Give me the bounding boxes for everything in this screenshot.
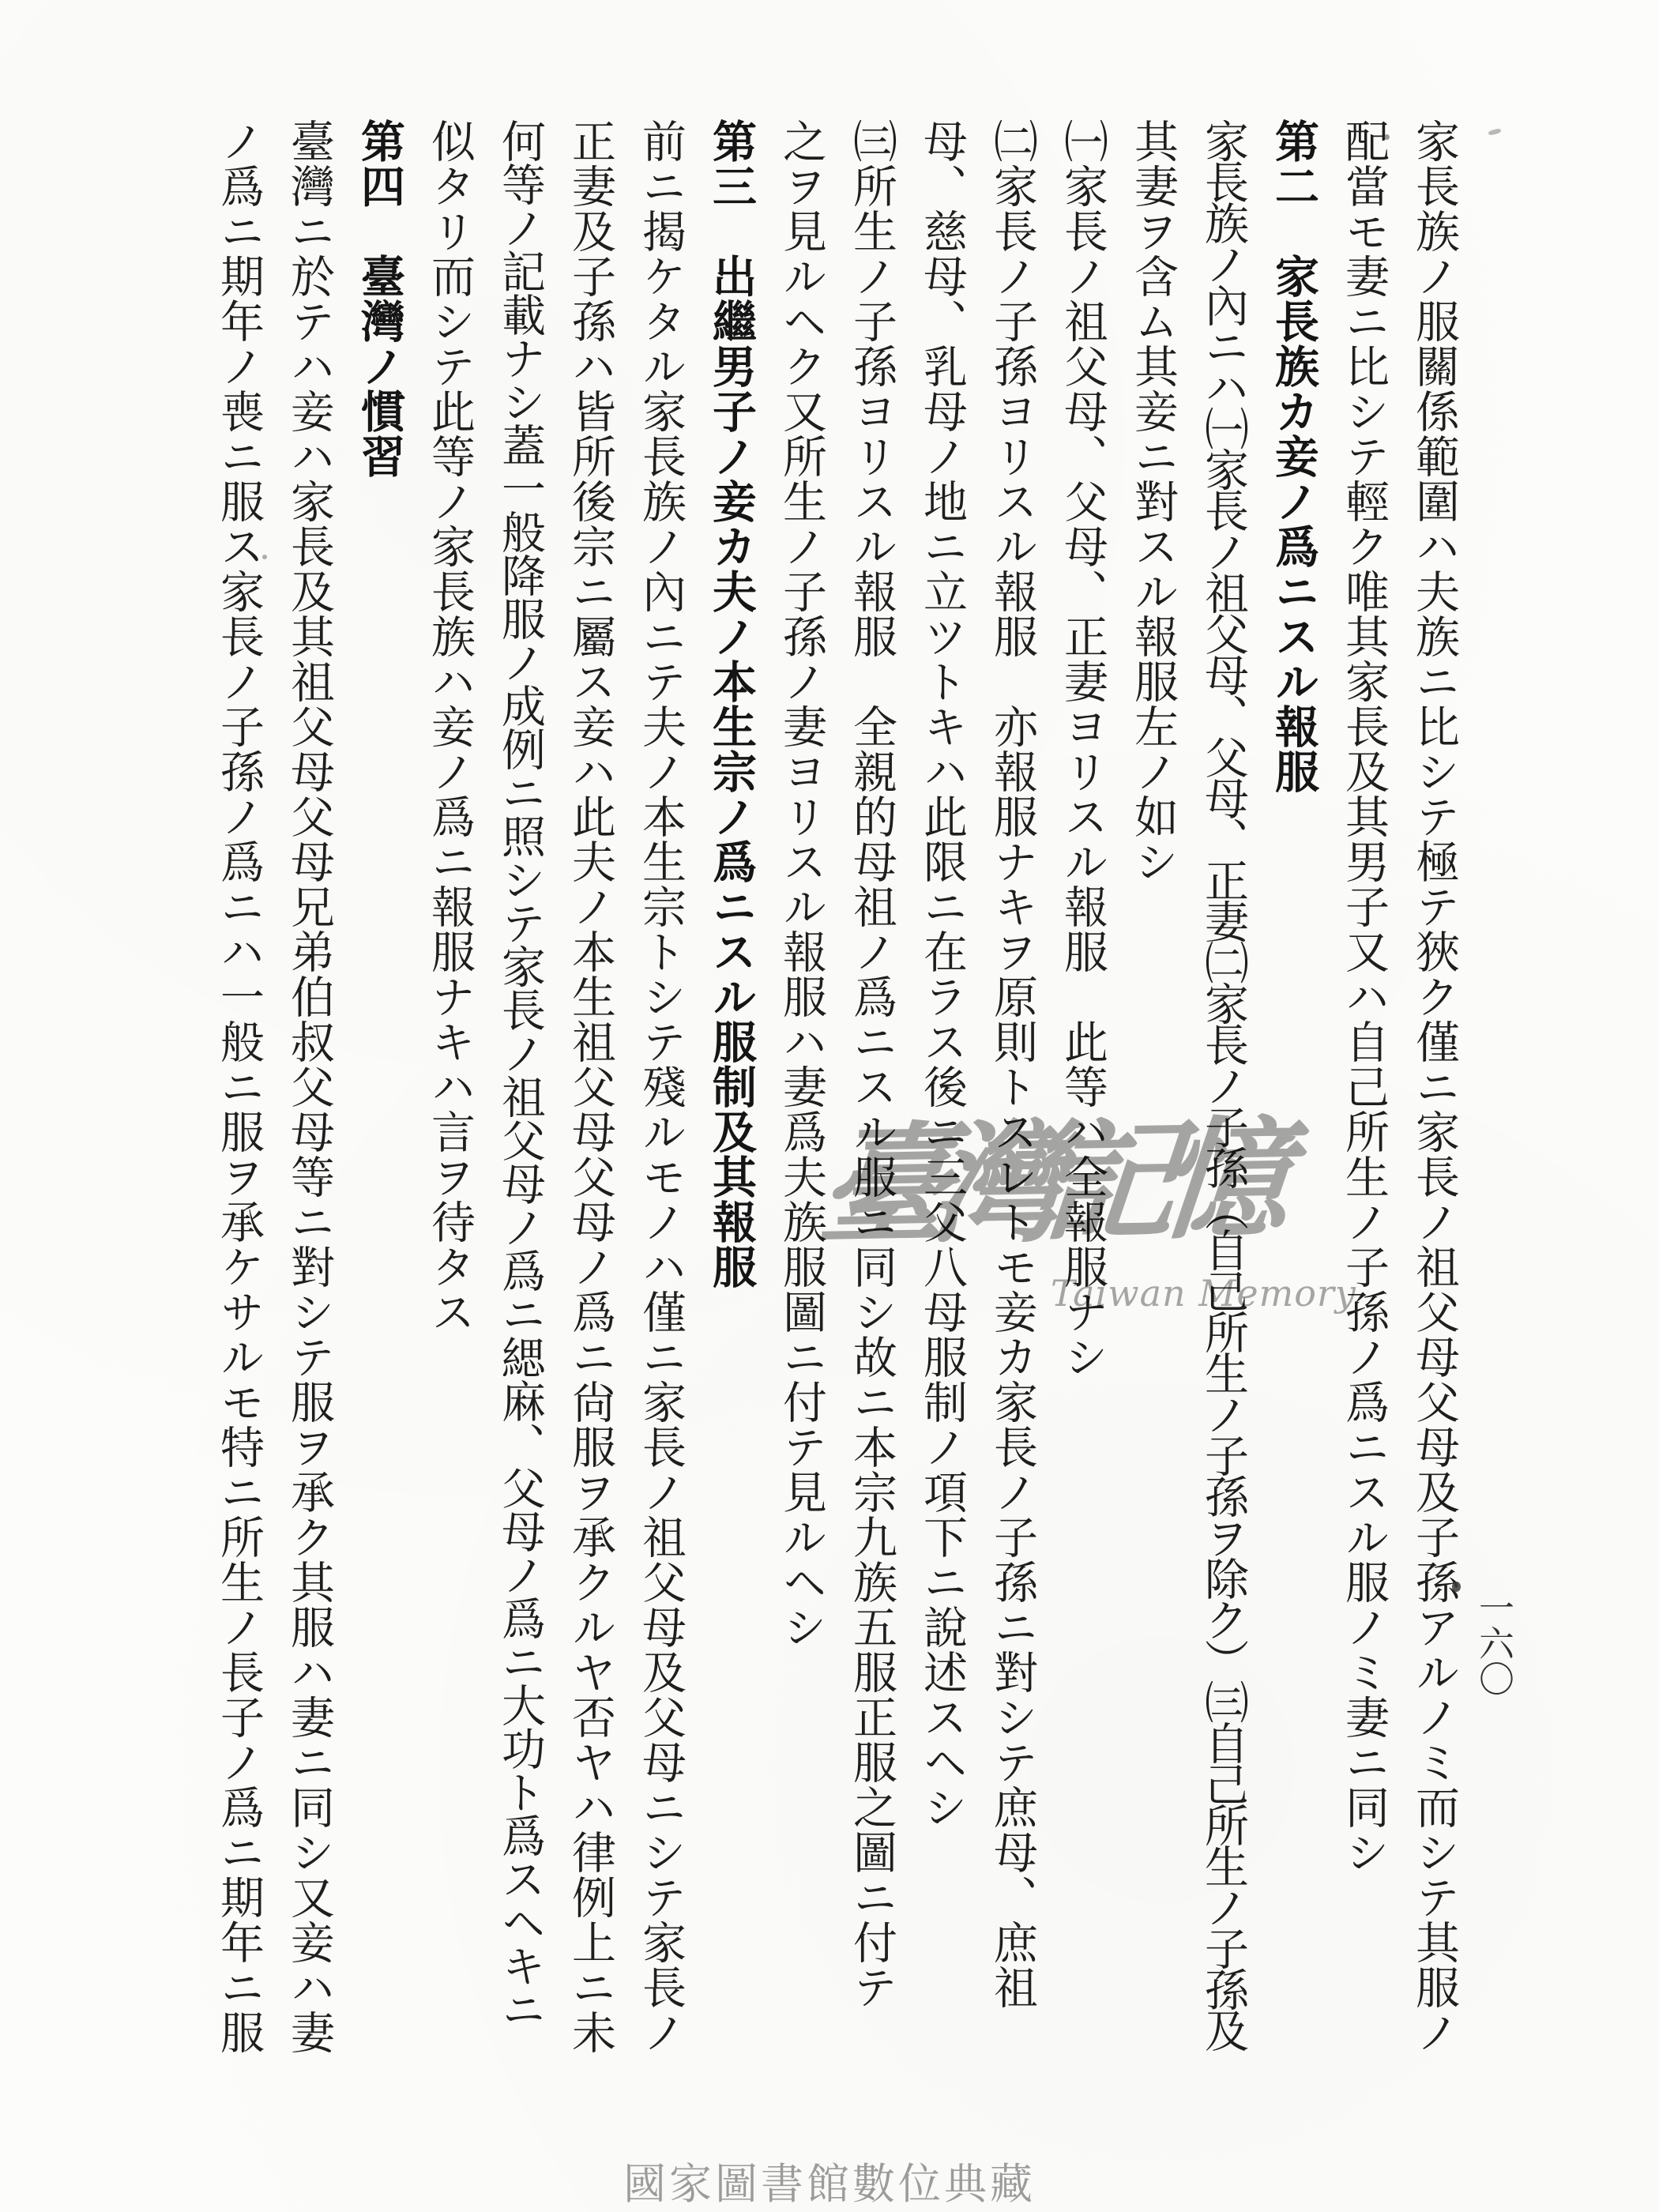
text-column: 前ニ揭ケタル家長族ノ內ニテ夫ノ本生宗トシテ殘ルモノハ僅ニ家長ノ祖父母及父母ニシテ… (625, 118, 695, 2074)
text-column: 家長族ノ內ニハ㈠家長ノ祖父母、父母、正妻㈡家長ノ子孫（自己所生ノ子孫ヲ除ク）㈢自… (1187, 118, 1258, 2074)
section-heading-column: 第二 家長族カ妾ノ爲ニスル報服 (1258, 118, 1328, 2074)
text-column: 其妻ヲ含ム其妾ニ對スル報服左ノ如シ (1117, 118, 1187, 2074)
text-column: 家長族ノ服關係範圍ハ夫族ニ比シテ極テ狹ク僅ニ家長ノ祖父母父母及子孫アルノミ而シテ… (1398, 118, 1469, 2074)
document-text-block: 家長族ノ服關係範圍ハ夫族ニ比シテ極テ狹ク僅ニ家長ノ祖父母父母及子孫アルノミ而シテ… (203, 118, 1469, 2074)
text-column: 母、慈母、乳母ノ地ニ立ツトキハ此限ニ在ラス後ニ三父八母服制ノ項下ニ說述スヘシ (906, 118, 976, 2074)
text-column: ノ爲ニ期年ノ喪ニ服ス家長ノ子孫ノ爲ニハ一般ニ服ヲ承ケサルモ特ニ所生ノ長子ノ爲ニ期… (203, 118, 273, 2074)
text-column: 何等ノ記載ナシ蓋一般降服ノ成例ニ照シテ家長ノ祖父母ノ爲ニ緦麻、父母ノ爲ニ大功ト爲… (484, 118, 555, 2074)
section-heading-column: 第四 臺灣ノ慣習 (344, 118, 414, 2074)
scan-speck (1384, 134, 1390, 140)
page-number: 一六〇 (1468, 1589, 1519, 1696)
text-column: 之ヲ見ルヘク又所生ノ子孫ノ妻ヨリスル報服ハ妻爲夫族服圖ニ付テ見ルヘシ (766, 118, 836, 2074)
scan-speck (262, 555, 267, 559)
list-item-column: ㈡家長ノ子孫ヨリスル報服 亦報服ナキヲ原則トスレトモ妾カ家長ノ子孫ニ對シテ庶母、… (976, 118, 1047, 2074)
list-item-column: ㈢所生ノ子孫ヨリスル報服 全親的母祖ノ爲ニスル服ニ同シ故ニ本宗九族五服正服之圖ニ… (836, 118, 906, 2074)
scanned-document-page: 家長族ノ服關係範圍ハ夫族ニ比シテ極テ狹ク僅ニ家長ノ祖父母父母及子孫アルノミ而シテ… (0, 0, 1659, 2212)
list-item-column: ㈠家長ノ祖父母、父母、正妻ヨリスル報服 此等ハ全報服ナシ (1047, 118, 1117, 2074)
text-column: 正妻及子孫ハ皆所後宗ニ屬ス妾ハ此夫ノ本生祖父母父母ノ爲ニ尙服ヲ承クルヤ否ヤハ律例… (555, 118, 625, 2074)
section-heading-column: 第三 出繼男子ノ妾カ夫ノ本生宗ノ爲ニスル服制及其報服 (695, 118, 766, 2074)
text-column: 臺灣ニ於テハ妾ハ家長及其祖父母父母兄弟伯叔父母等ニ對シテ服ヲ承ク其服ハ妻ニ同シ又… (273, 118, 344, 2074)
text-column: 似タリ而シテ此等ノ家長族ハ妾ノ爲ニ報服ナキハ言ヲ待タス (414, 118, 484, 2074)
scan-speck (1452, 1582, 1461, 1592)
scan-speck (1488, 128, 1501, 136)
footer-label: 國家圖書館數位典藏 (0, 2150, 1659, 2211)
text-column: 配當モ妻ニ比シテ輕ク唯其家長及其男子又ハ自己所生ノ子孫ノ爲ニスル服ノミ妻ニ同シ (1328, 118, 1398, 2074)
